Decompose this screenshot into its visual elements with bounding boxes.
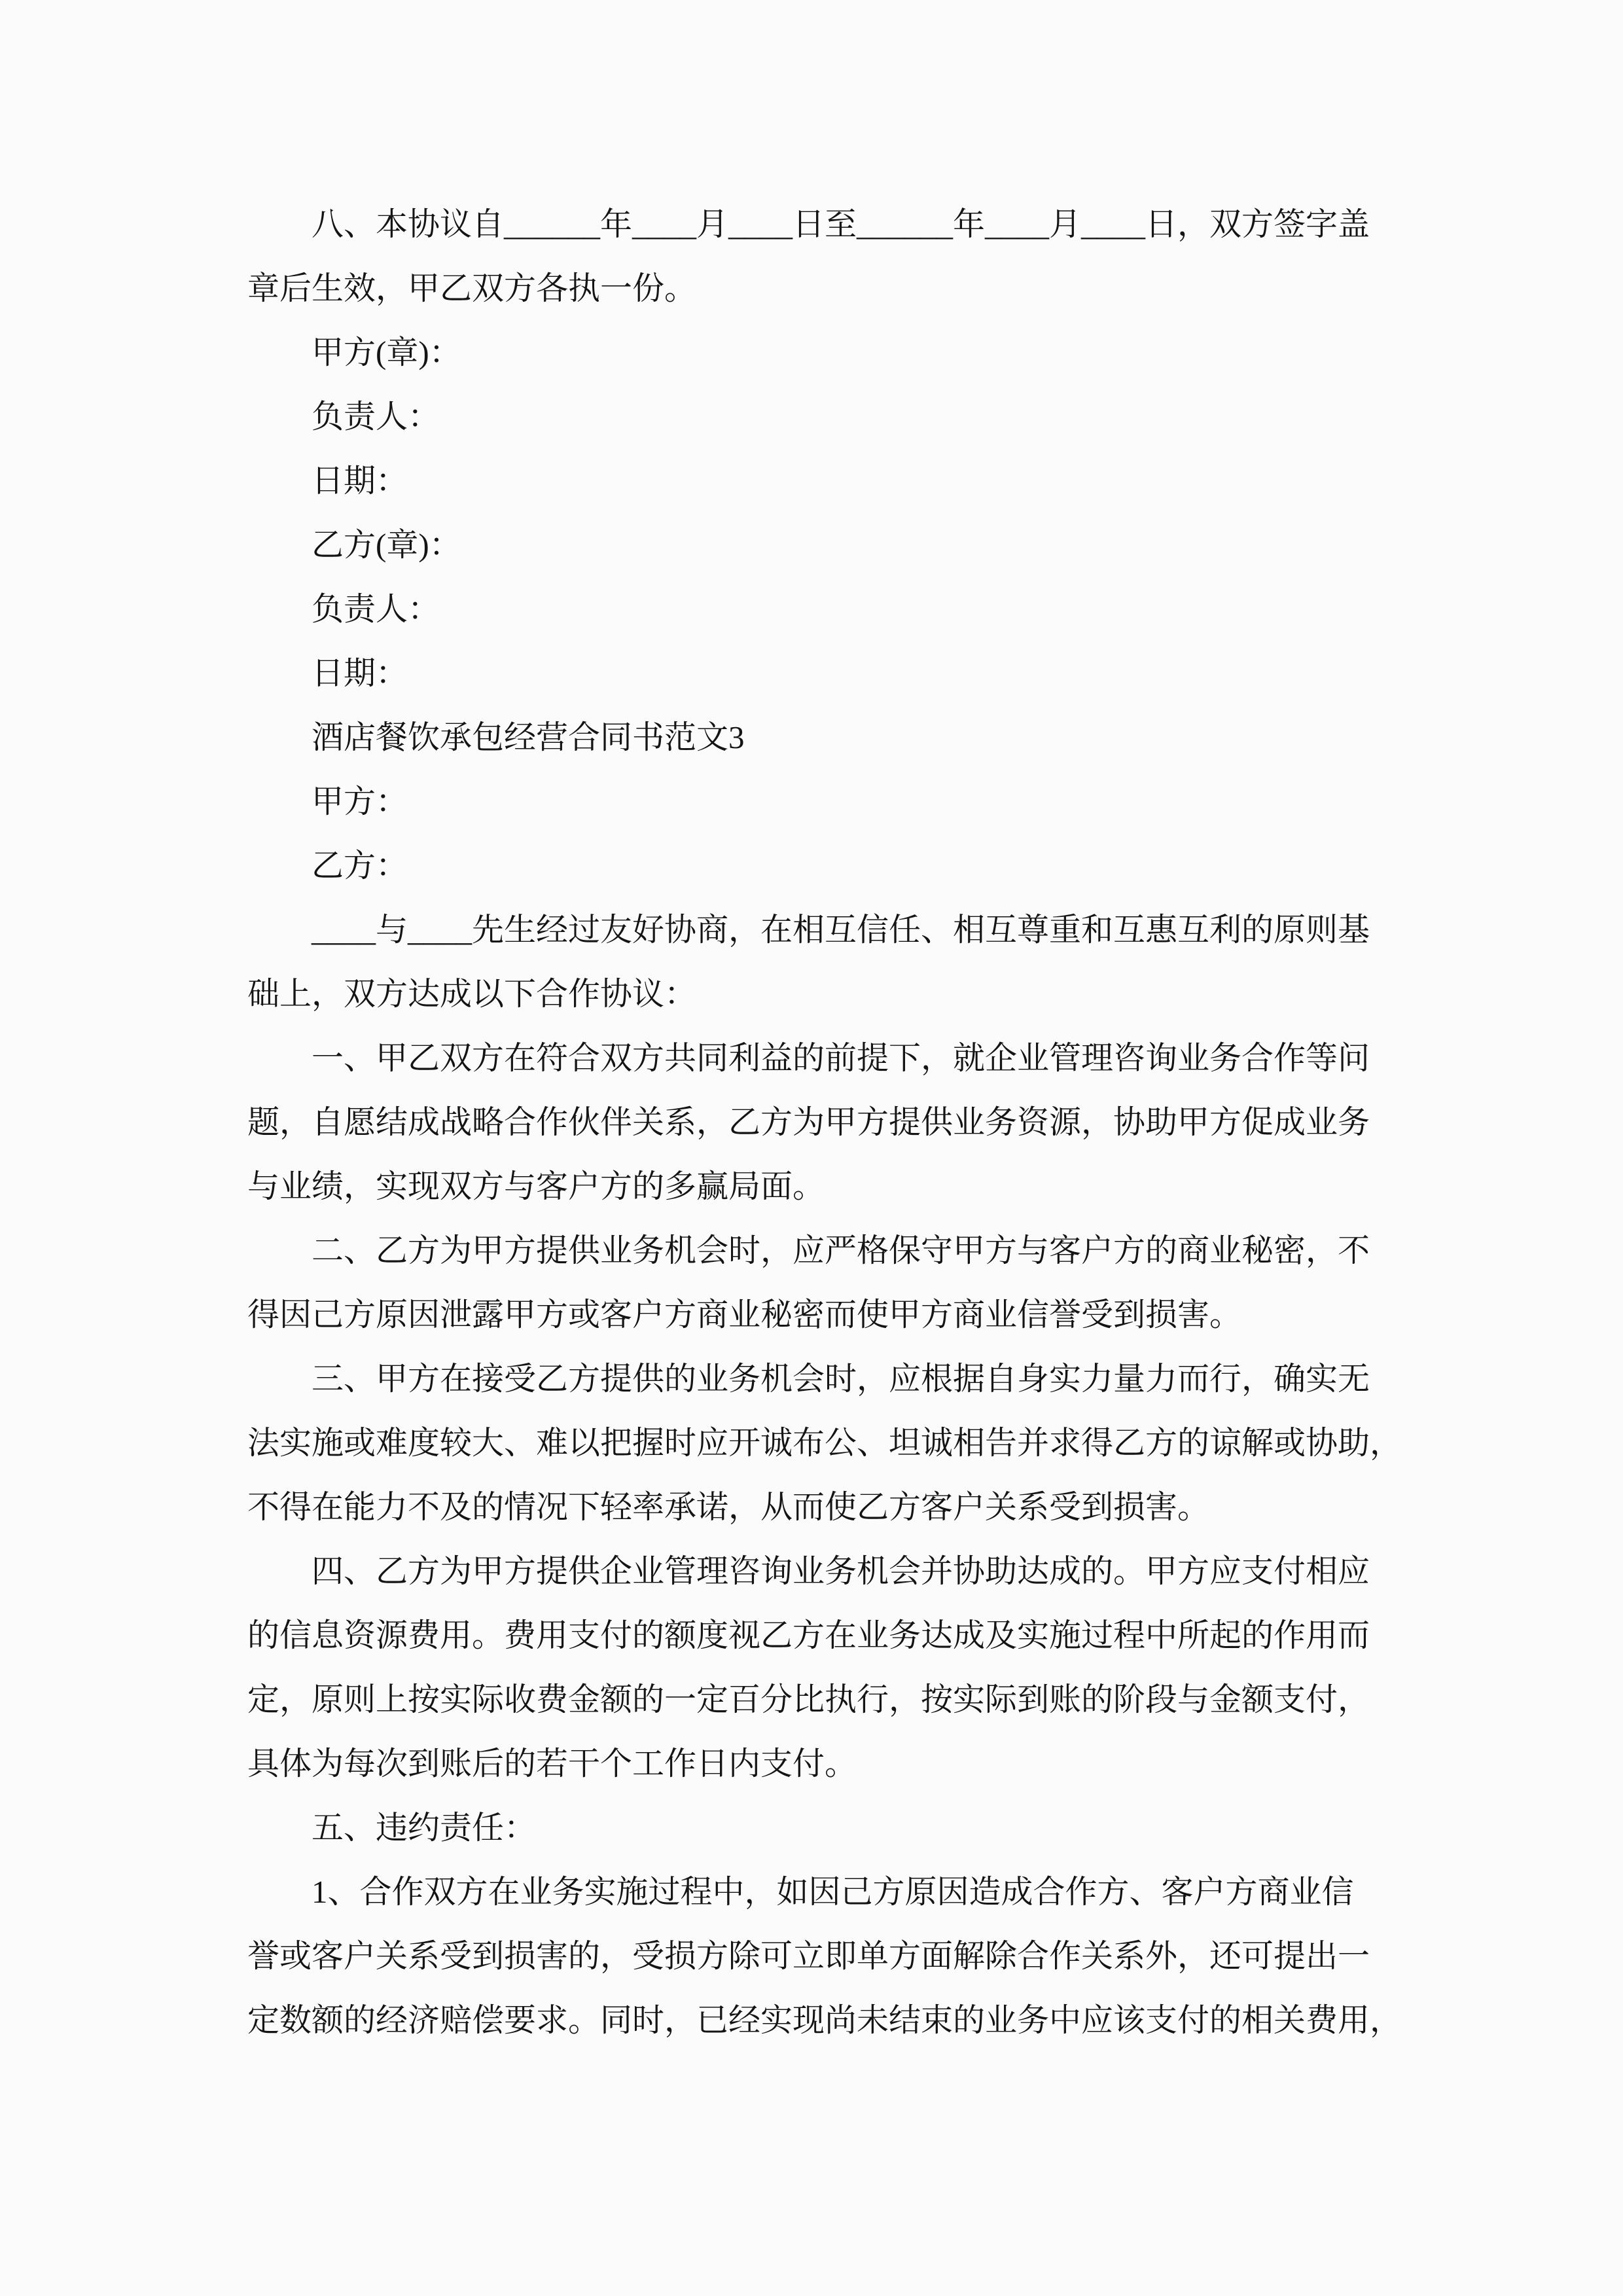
- clause-one-line: 一、甲乙双方在符合双方共同利益的前提下，就企业管理咨询业务合作等问: [247, 1026, 1399, 1090]
- responsible-person-line: 负责人：: [247, 385, 1399, 449]
- clause-four-line: 的信息资源费用。费用支付的额度视乙方在业务达成及实施过程中所起的作用而: [247, 1604, 1399, 1668]
- clause-three-line: 不得在能力不及的情况下轻率承诺，从而使乙方客户关系受到损害。: [247, 1475, 1399, 1539]
- preamble-line: 础上，双方达成以下合作协议：: [247, 962, 1399, 1026]
- clause-five-item-1-line: 誉或客户关系受到损害的，受损方除可立即单方面解除合作关系外，还可提出一: [247, 1924, 1399, 1988]
- clause-five-heading: 五、违约责任：: [247, 1796, 1399, 1860]
- contract-text-block: 八、本协议自______年____月____日至______年____月____…: [247, 192, 1399, 2053]
- date-line: 日期：: [247, 641, 1399, 706]
- clause-eight-line: 章后生效，甲乙双方各执一份。: [247, 257, 1399, 321]
- party-a-seal-line: 甲方(章)：: [247, 321, 1399, 385]
- party-a-line: 甲方：: [247, 770, 1399, 834]
- clause-eight-line: 八、本协议自______年____月____日至______年____月____…: [247, 192, 1399, 257]
- document-page: 八、本协议自______年____月____日至______年____月____…: [0, 0, 1623, 2296]
- clause-two-line: 得因己方原因泄露甲方或客户方商业秘密而使甲方商业信誉受到损害。: [247, 1283, 1399, 1347]
- clause-five-item-1-line: 定数额的经济赔偿要求。同时，已经实现尚未结束的业务中应该支付的相关费用，: [247, 1988, 1399, 2053]
- clause-three-line: 法实施或难度较大、难以把握时应开诚布公、坦诚相告并求得乙方的谅解或协助，: [247, 1411, 1399, 1475]
- clause-four-line: 具体为每次到账后的若干个工作日内支付。: [247, 1732, 1399, 1796]
- clause-two-line: 二、乙方为甲方提供业务机会时，应严格保守甲方与客户方的商业秘密，不: [247, 1219, 1399, 1283]
- party-b-seal-line: 乙方(章)：: [247, 513, 1399, 577]
- clause-one-line: 题，自愿结成战略合作伙伴关系，乙方为甲方提供业务资源，协助甲方促成业务: [247, 1090, 1399, 1155]
- clause-one-line: 与业绩，实现双方与客户方的多赢局面。: [247, 1155, 1399, 1219]
- clause-four-line: 定，原则上按实际收费金额的一定百分比执行，按实际到账的阶段与金额支付，: [247, 1668, 1399, 1732]
- clause-five-item-1-line: 1、合作双方在业务实施过程中，如因己方原因造成合作方、客户方商业信: [247, 1860, 1399, 1924]
- clause-four-line: 四、乙方为甲方提供企业管理咨询业务机会并协助达成的。甲方应支付相应: [247, 1539, 1399, 1604]
- contract-template-3-title: 酒店餐饮承包经营合同书范文3: [247, 706, 1399, 770]
- party-b-line: 乙方：: [247, 834, 1399, 898]
- clause-three-line: 三、甲方在接受乙方提供的业务机会时，应根据自身实力量力而行，确实无: [247, 1347, 1399, 1411]
- preamble-line: ____与____先生经过友好协商，在相互信任、相互尊重和互惠互利的原则基: [247, 898, 1399, 962]
- date-line: 日期：: [247, 449, 1399, 513]
- responsible-person-line: 负责人：: [247, 577, 1399, 641]
